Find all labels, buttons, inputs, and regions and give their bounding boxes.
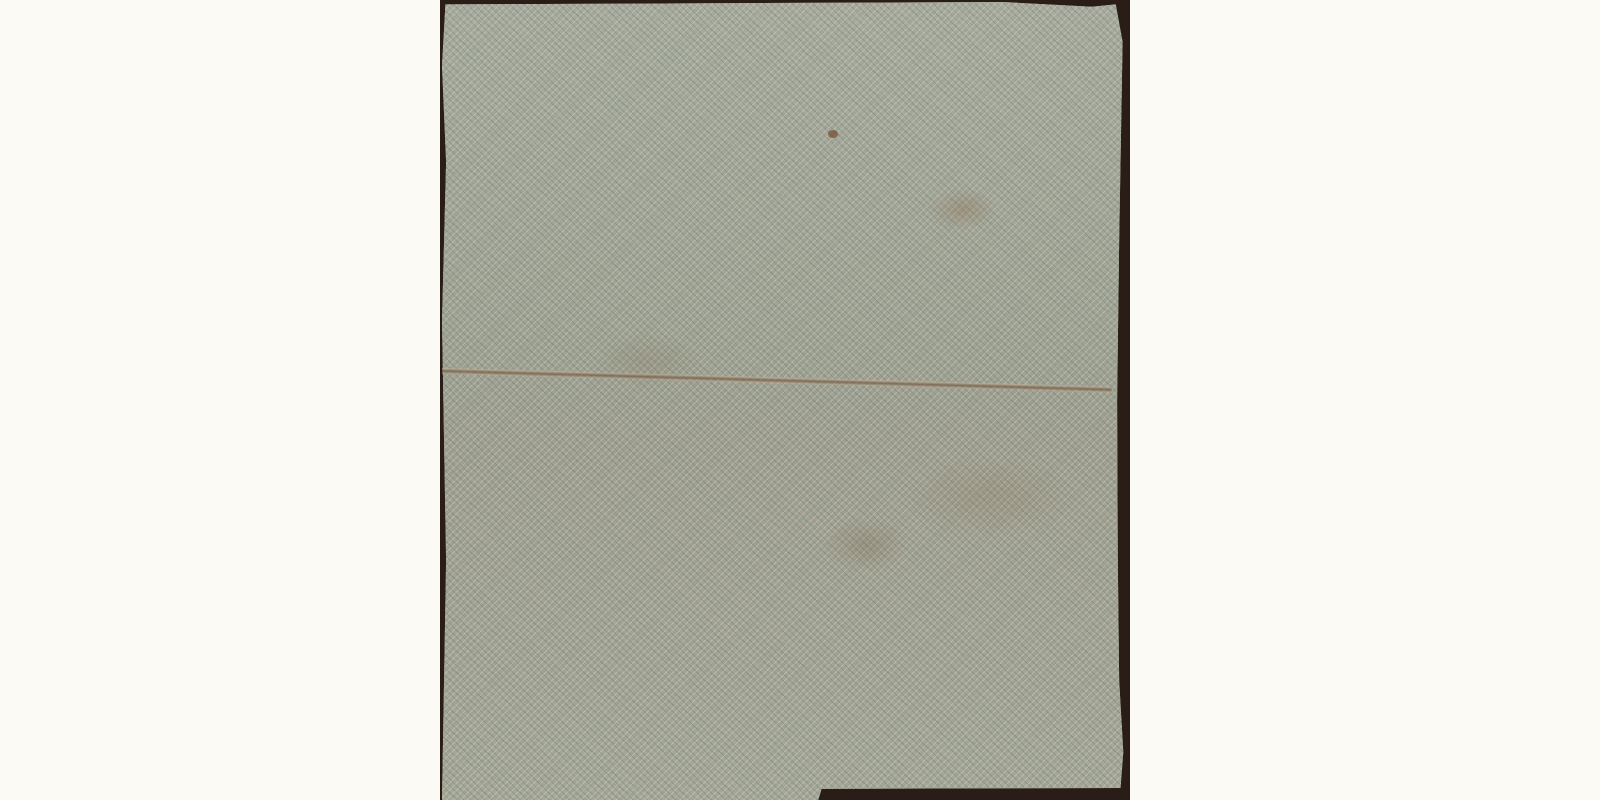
stain-spot bbox=[828, 130, 838, 138]
aged-paper-sheet bbox=[442, 2, 1126, 800]
